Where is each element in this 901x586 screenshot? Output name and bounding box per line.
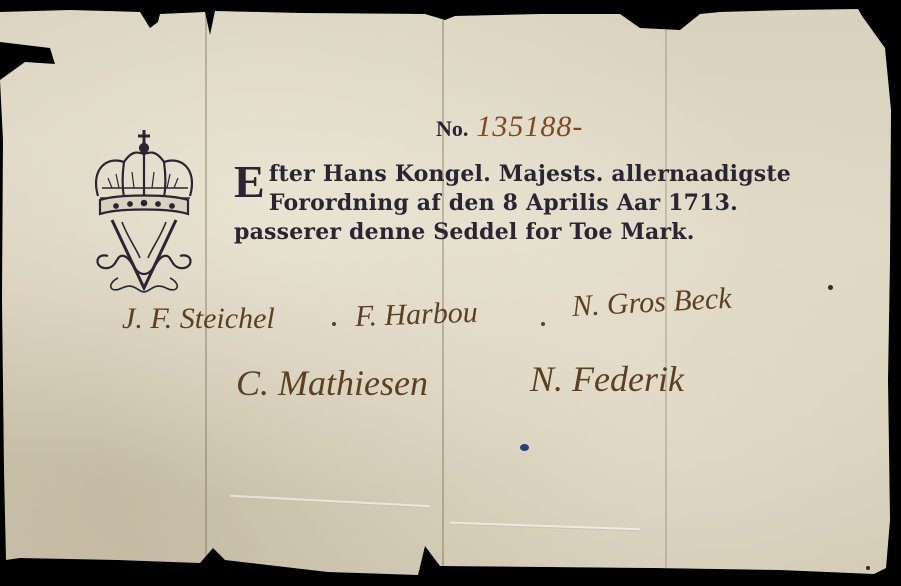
signature-steichel: J. F. Steichel <box>122 302 275 336</box>
signature-mathiesen: C. Mathiesen <box>236 362 428 404</box>
serial-number: No. 135188- <box>436 110 583 144</box>
decree-line-3: passerer denne Seddel for Toe Mark. <box>234 218 844 247</box>
royal-crown-monogram-icon <box>88 128 212 296</box>
signature-gros-beck: N. Gros Beck <box>571 282 732 324</box>
ink-spot <box>520 444 529 451</box>
decree-line-2: Forordning af den 8 Aprilis Aar 1713. <box>234 189 844 218</box>
paper-crease <box>230 495 430 508</box>
signature-harbou: F. Harbou <box>354 296 478 334</box>
paper-crease <box>450 522 640 532</box>
separator-dot <box>332 322 336 326</box>
serial-prefix: No. <box>436 116 468 142</box>
decorated-initial: E <box>234 162 265 202</box>
ink-spot <box>828 285 833 290</box>
printed-decree-text: E fter Hans Kongel. Majests. allernaadig… <box>234 160 844 247</box>
serial-value: 135188- <box>476 110 583 144</box>
separator-dot <box>541 322 545 326</box>
fold-line <box>442 0 444 586</box>
ink-spot <box>866 566 870 570</box>
decree-line-1: E fter Hans Kongel. Majests. allernaadig… <box>234 160 844 189</box>
signature-federik: N. Federik <box>530 358 684 400</box>
banknote-paper: No. 135188- E fter Hans Kongel. Majests.… <box>0 0 901 586</box>
